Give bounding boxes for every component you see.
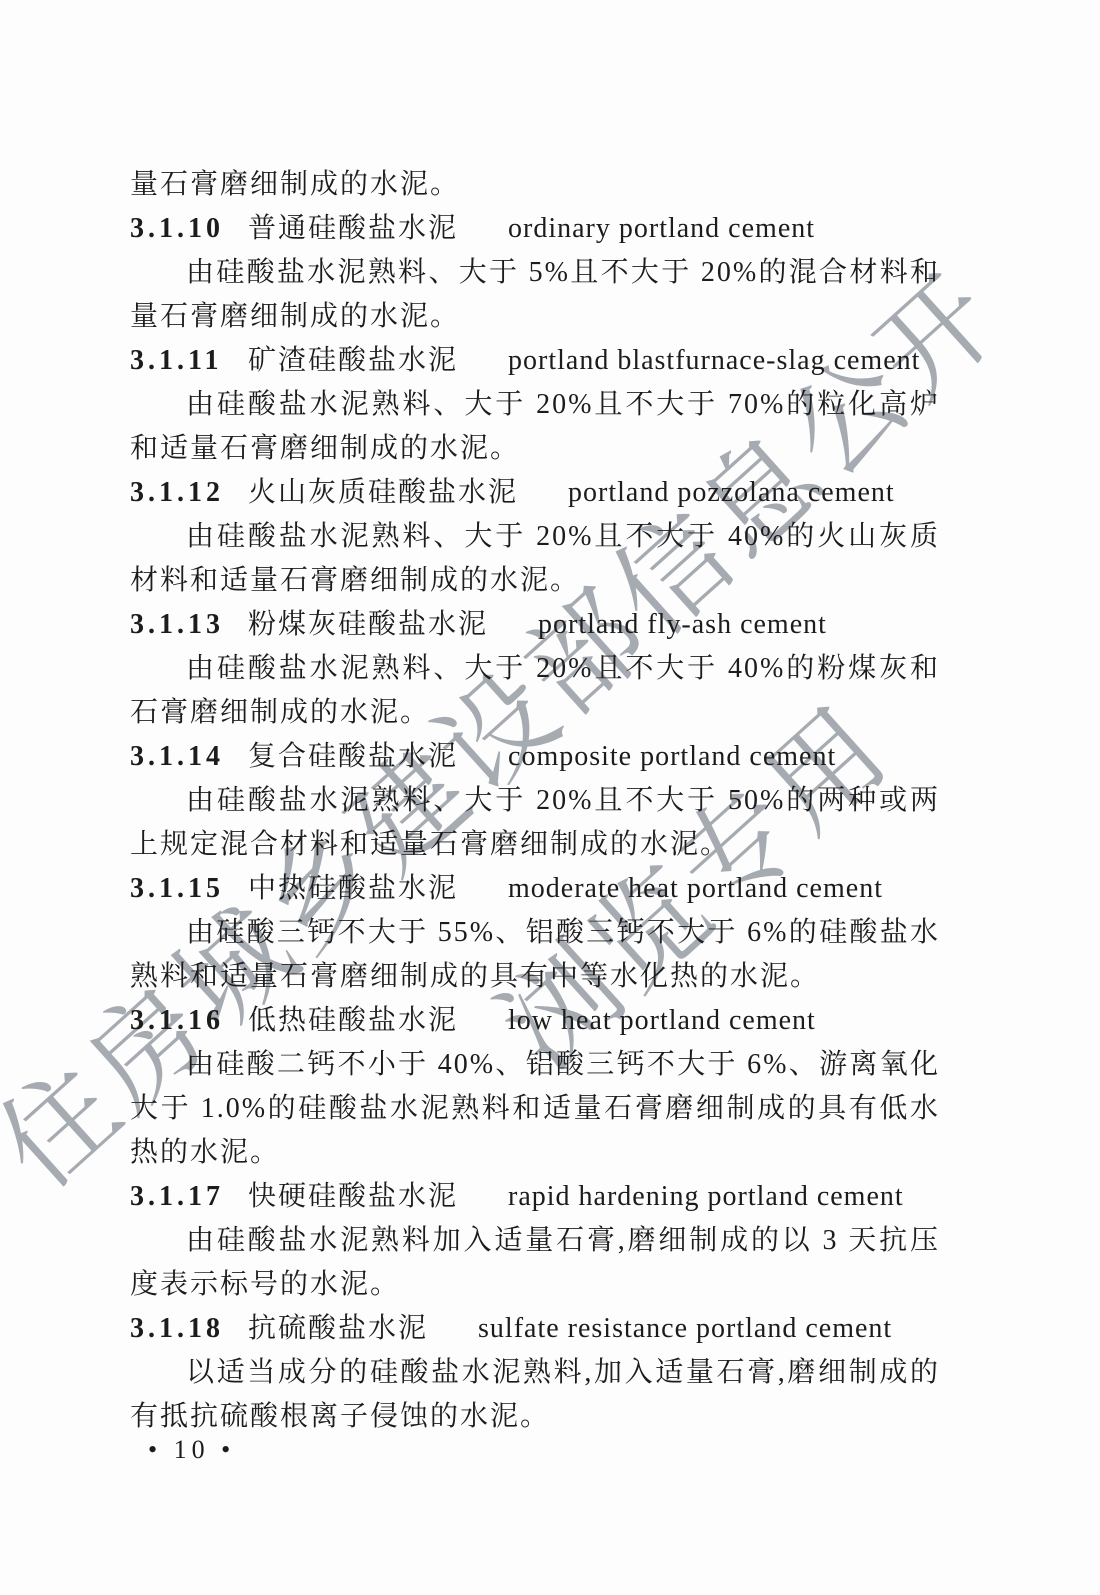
- term-english: portland fly-ash cement: [538, 609, 827, 640]
- section-number: 3.1.15: [130, 867, 248, 911]
- section-heading: 3.1.10普通硅酸盐水泥ordinary portland cement: [130, 207, 940, 251]
- definition-line: 由硅酸三钙不大于 55%、铝酸三钙不大于 6%的硅酸盐水泥: [130, 911, 940, 955]
- definition-line: 有抵抗硫酸根离子侵蚀的水泥。: [130, 1395, 940, 1439]
- term-chinese: 中热硅酸盐水泥: [248, 873, 458, 904]
- definition-line: 由硅酸盐水泥熟料、大于 20%且不大于 50%的两种或两种以: [130, 779, 940, 823]
- definition-line: 由硅酸盐水泥熟料、大于 20%且不大于 70%的粒化高炉矿渣: [130, 383, 940, 427]
- section-heading: 3.1.16低热硅酸盐水泥low heat portland cement: [130, 999, 940, 1043]
- definition-line: 热的水泥。: [130, 1131, 940, 1175]
- section-number: 3.1.12: [130, 471, 248, 515]
- section-number: 3.1.18: [130, 1307, 248, 1351]
- section-heading: 3.1.18抗硫酸盐水泥sulfate resistance portland …: [130, 1307, 940, 1351]
- definition-line: 由硅酸盐水泥熟料、大于 20%且不大于 40%的粉煤灰和适量: [130, 647, 940, 691]
- section-number: 3.1.16: [130, 999, 248, 1043]
- section-heading: 3.1.17快硬硅酸盐水泥rapid hardening portland ce…: [130, 1175, 940, 1219]
- term-english: portland pozzolana cement: [568, 477, 895, 508]
- definition-line: 由硅酸二钙不小于 40%、铝酸三钙不大于 6%、游离氧化钙不: [130, 1043, 940, 1087]
- definition-line: 材料和适量石膏磨细制成的水泥。: [130, 559, 940, 603]
- term-english: sulfate resistance portland cement: [478, 1313, 892, 1344]
- document-body: 量石膏磨细制成的水泥。 3.1.10普通硅酸盐水泥ordinary portla…: [130, 163, 940, 1439]
- definition-line: 石膏磨细制成的水泥。: [130, 691, 940, 735]
- term-english: ordinary portland cement: [508, 213, 815, 244]
- term-chinese: 普通硅酸盐水泥: [248, 213, 458, 244]
- section-number: 3.1.17: [130, 1175, 248, 1219]
- section-heading: 3.1.15中热硅酸盐水泥moderate heat portland ceme…: [130, 867, 940, 911]
- term-english: rapid hardening portland cement: [508, 1181, 904, 1212]
- term-chinese: 矿渣硅酸盐水泥: [248, 345, 458, 376]
- definition-line: 量石膏磨细制成的水泥。: [130, 295, 940, 339]
- term-chinese: 粉煤灰硅酸盐水泥: [248, 609, 488, 640]
- section-number: 3.1.11: [130, 339, 248, 383]
- definition-line: 由硅酸盐水泥熟料、大于 20%且不大于 40%的火山灰质混合: [130, 515, 940, 559]
- section-heading: 3.1.12火山灰质硅酸盐水泥portland pozzolana cement: [130, 471, 940, 515]
- section-number: 3.1.14: [130, 735, 248, 779]
- term-english: low heat portland cement: [508, 1005, 816, 1036]
- definition-line: 由硅酸盐水泥熟料加入适量石膏,磨细制成的以 3 天抗压强: [130, 1219, 940, 1263]
- term-chinese: 抗硫酸盐水泥: [248, 1313, 428, 1344]
- term-english: portland blastfurnace-slag cement: [508, 345, 920, 376]
- definition-line: 量石膏磨细制成的水泥。: [130, 163, 940, 207]
- section-heading: 3.1.14复合硅酸盐水泥composite portland cement: [130, 735, 940, 779]
- term-chinese: 复合硅酸盐水泥: [248, 741, 458, 772]
- term-english: moderate heat portland cement: [508, 873, 883, 904]
- definition-line: 以适当成分的硅酸盐水泥熟料,加入适量石膏,磨细制成的具: [130, 1351, 940, 1395]
- document-page: 住房城乡建设部信息公开 浏览专用 量石膏磨细制成的水泥。 3.1.10普通硅酸盐…: [0, 0, 1100, 1595]
- definition-line: 上规定混合材料和适量石膏磨细制成的水泥。: [130, 823, 940, 867]
- section-number: 3.1.10: [130, 207, 248, 251]
- definition-line: 大于 1.0%的硅酸盐水泥熟料和适量石膏磨细制成的具有低水化: [130, 1087, 940, 1131]
- term-chinese: 火山灰质硅酸盐水泥: [248, 477, 518, 508]
- page-number: • 10 •: [148, 1428, 235, 1472]
- definition-line: 熟料和适量石膏磨细制成的具有中等水化热的水泥。: [130, 955, 940, 999]
- section-number: 3.1.13: [130, 603, 248, 647]
- definition-line: 由硅酸盐水泥熟料、大于 5%且不大于 20%的混合材料和适: [130, 251, 940, 295]
- definition-line: 和适量石膏磨细制成的水泥。: [130, 427, 940, 471]
- section-heading: 3.1.11矿渣硅酸盐水泥portland blastfurnace-slag …: [130, 339, 940, 383]
- term-english: composite portland cement: [508, 741, 836, 772]
- definition-line: 度表示标号的水泥。: [130, 1263, 940, 1307]
- section-heading: 3.1.13粉煤灰硅酸盐水泥portland fly-ash cement: [130, 603, 940, 647]
- term-chinese: 低热硅酸盐水泥: [248, 1005, 458, 1036]
- term-chinese: 快硬硅酸盐水泥: [248, 1181, 458, 1212]
